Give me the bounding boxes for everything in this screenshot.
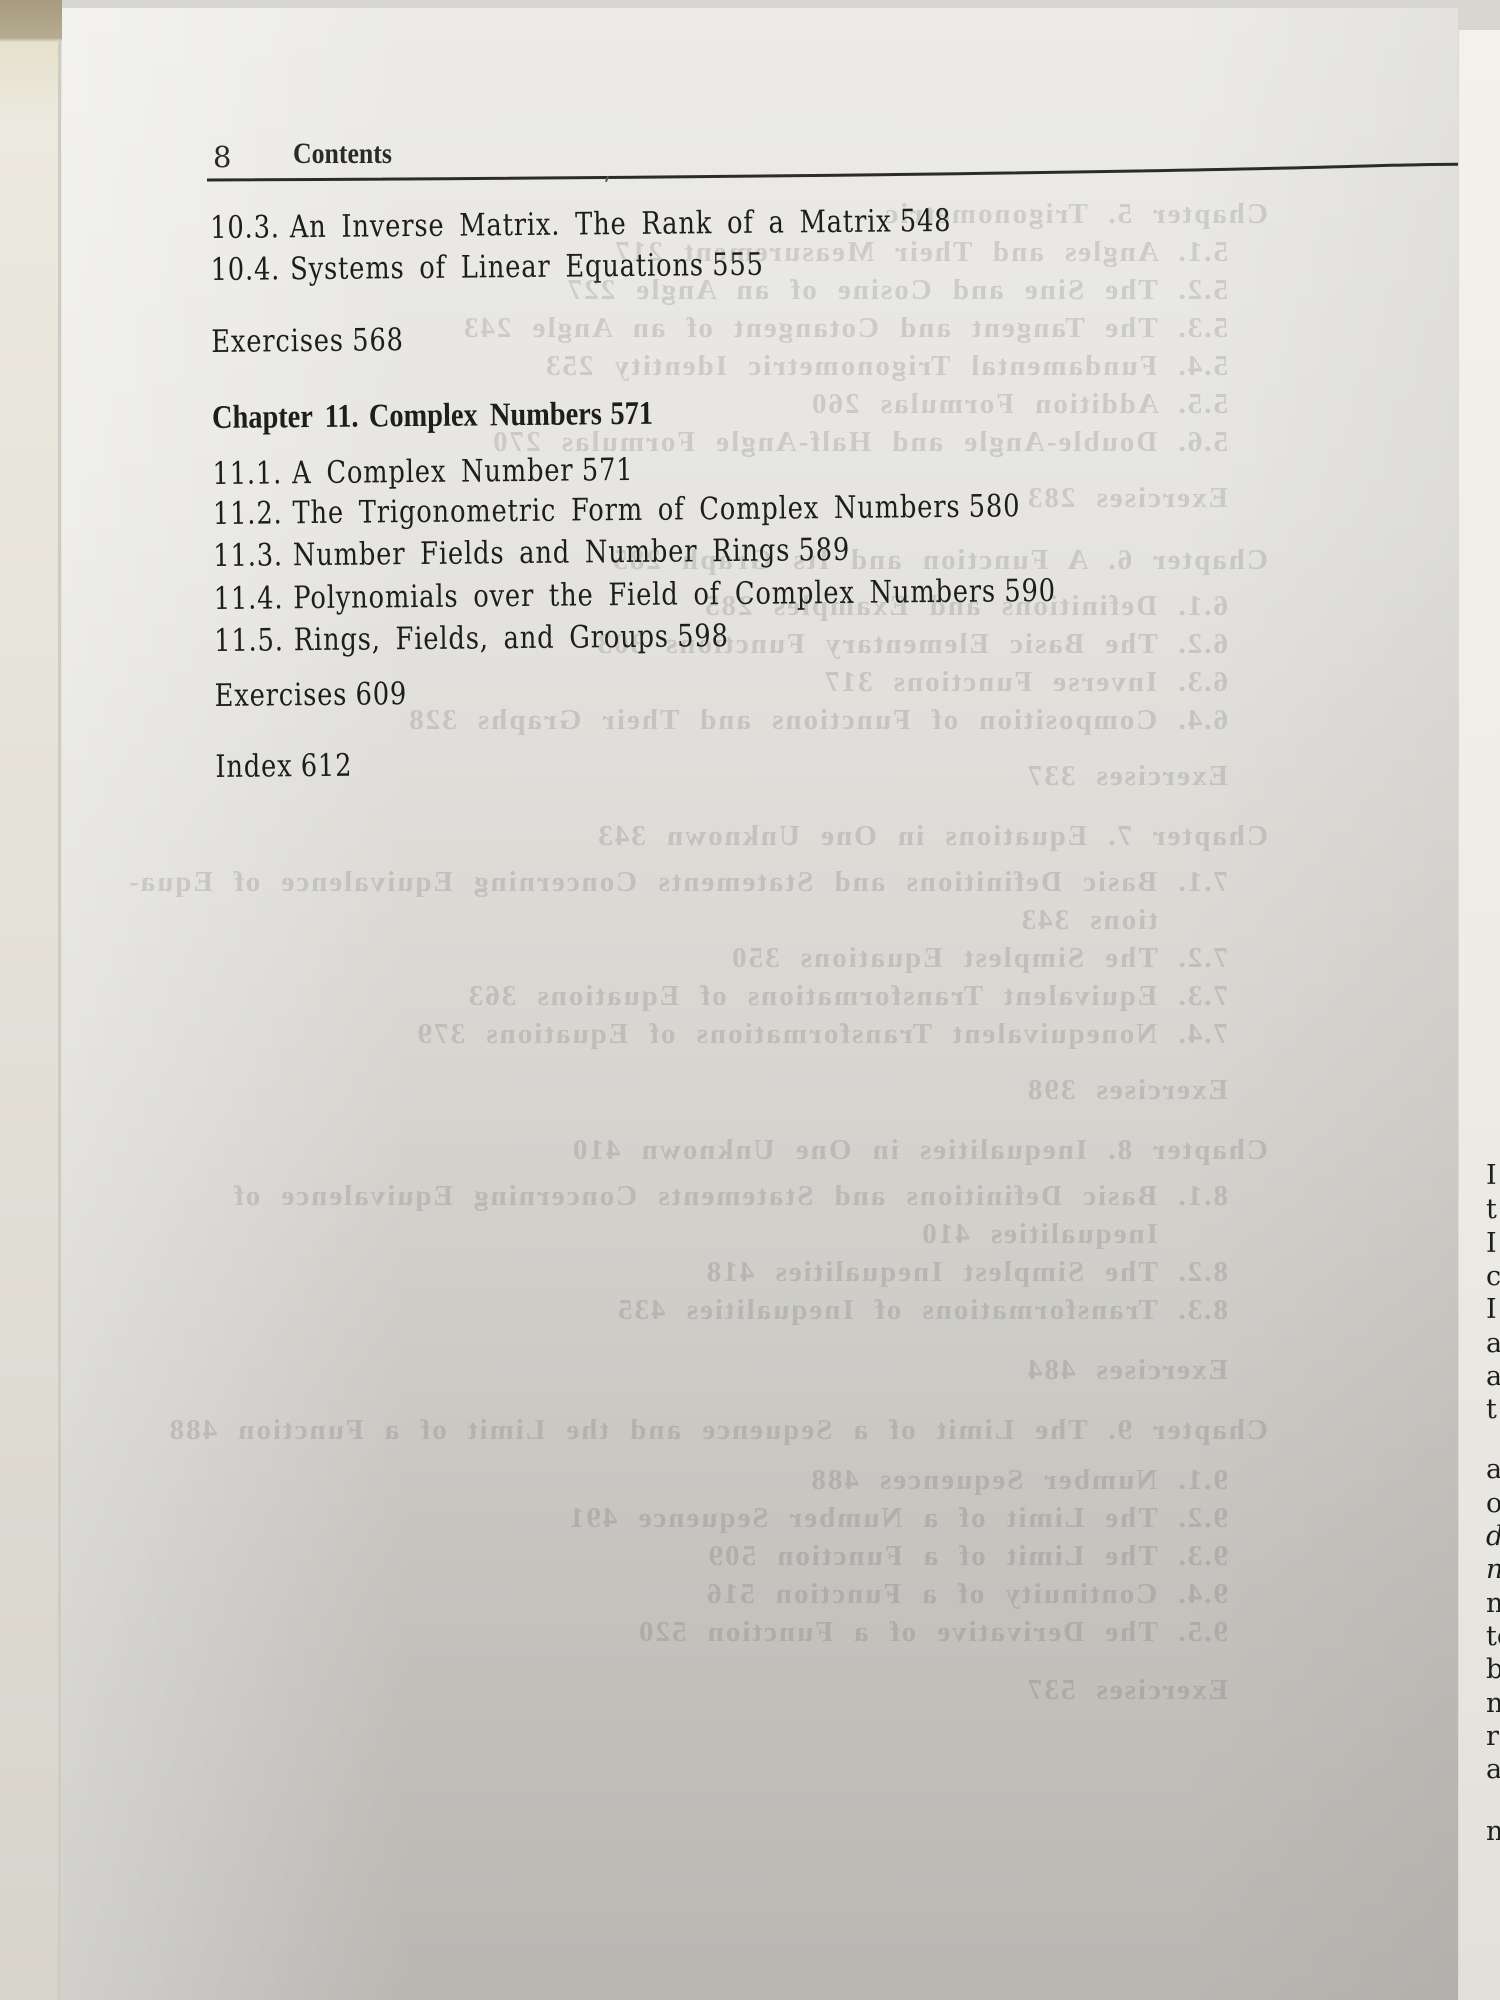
toc-entry-title: Systems of Linear Equations	[290, 247, 704, 287]
toc-entry-number: 11.3.	[213, 537, 283, 574]
bleed-through-line: 9.3. The Limit of a Function 509	[707, 1540, 1228, 1573]
toc-entry-title: Index	[215, 748, 292, 785]
bleed-through-line: 8.2. The Simplest Inequalities 418	[705, 1256, 1228, 1289]
facing-page-fragment: n	[1486, 1590, 1500, 1617]
facing-page-fragment: d	[1486, 1523, 1500, 1550]
toc-entry-number: 11.4.	[214, 580, 284, 617]
bleed-through-line: tions 343	[1020, 904, 1158, 937]
bleed-through-line: Exercises 537	[1026, 1674, 1228, 1707]
toc-entry-title: An Inverse Matrix. The Rank of a Matrix	[290, 203, 892, 245]
facing-page-fragment: a	[1486, 1330, 1500, 1357]
toc-entry-section: 10.3.An Inverse Matrix. The Rank of a Ma…	[210, 203, 952, 246]
facing-page-fragment: b	[1486, 1656, 1500, 1683]
bleed-through-line: Exercises 484	[1026, 1354, 1228, 1387]
toc-entry-page: 555	[712, 247, 764, 283]
facing-page-fragment: I	[1486, 1162, 1497, 1189]
facing-page-fragment: a	[1486, 1363, 1500, 1390]
bleed-through-line: 9.5. The Derivative of a Function 520	[637, 1616, 1228, 1649]
toc-entry-page: 612	[301, 748, 353, 784]
bleed-through-line: 9.2. The Limit of a Number Sequence 491	[568, 1502, 1228, 1535]
toc-entry-section: 11.4.Polynomials over the Field of Compl…	[214, 573, 1056, 617]
facing-page-fragment: nu	[1486, 1690, 1500, 1717]
table-of-contents: 10.3.An Inverse Matrix. The Rank of a Ma…	[208, 8, 1458, 908]
bleed-through-line: Chapter 8. Inequalities in One Unknown 4…	[571, 1134, 1268, 1167]
toc-entry-page: 589	[798, 532, 850, 568]
toc-entry-page: 568	[352, 322, 404, 358]
bleed-through-line: 7.3. Equivalent Transformations of Equat…	[467, 980, 1228, 1013]
toc-entry-page: 571	[582, 452, 634, 488]
toc-entry-chapter: Chapter 11.Complex Numbers571	[212, 396, 653, 437]
facing-page-fragment: I	[1486, 1296, 1497, 1323]
toc-entry-page: 571	[610, 396, 653, 432]
facing-page-fragment: nu	[1486, 1818, 1500, 1845]
toc-entry-page: 609	[355, 676, 407, 712]
toc-entry-section: 11.5.Rings, Fields, and Groups598	[214, 618, 729, 659]
toc-entry-page: 598	[677, 618, 729, 654]
bleed-through-line: 7.4. Nonequivalent Transformations of Eq…	[416, 1018, 1228, 1051]
bleed-through-line: 8.3. Transformations of Inequalities 435	[616, 1294, 1228, 1327]
toc-entry-title: Exercises	[215, 677, 348, 714]
facing-page-fragment: n	[1486, 1556, 1500, 1583]
bleed-through-line: Chapter 9. The Limit of a Sequence and t…	[168, 1414, 1268, 1447]
facing-page-fragment: re	[1486, 1723, 1500, 1750]
toc-entry-title: Rings, Fields, and Groups	[294, 619, 669, 659]
toc-entry-section: 11.3.Number Fields and Number Rings589	[213, 532, 850, 574]
facing-page-fragment: o	[1486, 1490, 1500, 1517]
toc-entry-title: Complex Numbers	[369, 396, 602, 434]
toc-entry-number: 11.2.	[213, 495, 283, 532]
toc-entry-title: Exercises	[211, 323, 344, 360]
page-stack-edge	[58, 40, 61, 2000]
bleed-through-line: 8.1. Basic Definitions and Statements Co…	[232, 1180, 1228, 1213]
bleed-through-line: 9.4. Continuity of a Function 516	[705, 1578, 1228, 1611]
toc-entry-number: 10.4.	[210, 251, 280, 288]
facing-page-fragment: t	[1486, 1196, 1497, 1223]
adjacent-surface	[0, 0, 62, 2000]
toc-entry-number: Chapter 11.	[212, 399, 359, 436]
facing-page-fragment: ar	[1486, 1756, 1500, 1783]
toc-entry-title: A Complex Number	[292, 453, 574, 492]
facing-page-fragment: I	[1486, 1230, 1497, 1257]
toc-entry-number: 10.3.	[210, 209, 280, 246]
toc-entry-exercises: Exercises609	[215, 676, 408, 714]
toc-entry-title: The Trigonometric Form of Complex Number…	[292, 489, 960, 531]
toc-entry-section: 11.2.The Trigonometric Form of Complex N…	[213, 488, 1021, 532]
toc-entry-section: 11.1.A Complex Number571	[212, 452, 633, 492]
bleed-through-line: Exercises 398	[1026, 1074, 1228, 1107]
book-page: Chapter 5. Trigonometric5.1. Angles and …	[62, 8, 1458, 2000]
toc-entry-number: 11.1.	[212, 455, 282, 492]
facing-page-fragment: t	[1486, 1396, 1497, 1423]
toc-entry-index: Index612	[215, 748, 352, 785]
toc-entry-page: 590	[1004, 573, 1056, 609]
facing-page-fragment: tc	[1486, 1623, 1500, 1650]
toc-entry-page: 580	[969, 488, 1021, 524]
facing-page-fragment: c	[1486, 1263, 1500, 1290]
bleed-through-line: Inequalities 410	[920, 1218, 1158, 1251]
bleed-through-line: 7.2. The Simplest Equations 350	[730, 942, 1228, 975]
toc-entry-section: 10.4.Systems of Linear Equations555	[210, 247, 764, 288]
toc-entry-page: 548	[900, 203, 952, 239]
toc-entry-exercises: Exercises568	[211, 322, 404, 360]
toc-entry-title: Polynomials over the Field of Complex Nu…	[293, 573, 996, 616]
bleed-through-line: 9.1. Number Sequences 488	[809, 1464, 1228, 1497]
toc-entry-number: 11.5.	[214, 622, 284, 659]
facing-page-fragment: a	[1486, 1456, 1500, 1483]
toc-entry-title: Number Fields and Number Rings	[293, 532, 791, 573]
